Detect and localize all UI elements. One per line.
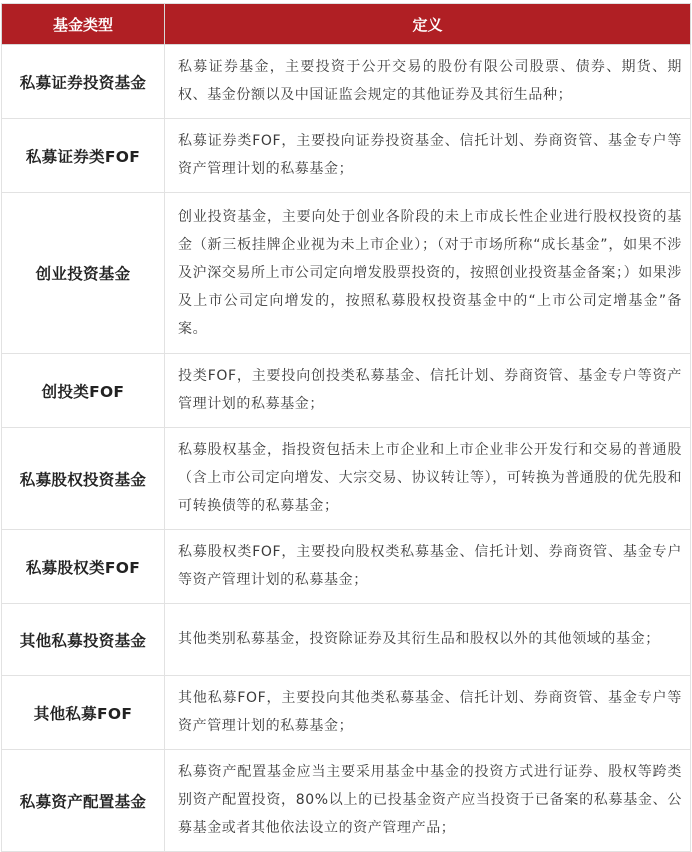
- definition-cell: 私募证券类FOF，主要投向证券投资基金、信托计划、券商资管、基金专户等资产管理计…: [165, 119, 691, 193]
- fund-type-cell: 私募证券类FOF: [2, 119, 165, 193]
- fund-type-cell: 创投类FOF: [2, 354, 165, 428]
- definition-cell: 投类FOF，主要投向创投类私募基金、信托计划、券商资管、基金专户等资产管理计划的…: [165, 354, 691, 428]
- fund-type-cell: 私募股权投资基金: [2, 428, 165, 530]
- table-row: 其他私募投资基金 其他类别私募基金，投资除证券及其衍生品和股权以外的其他领域的基…: [2, 604, 691, 676]
- fund-types-table-container: 基金类型 定义 私募证券投资基金 私募证券基金，主要投资于公开交易的股份有限公司…: [1, 3, 690, 840]
- fund-type-cell: 私募证券投资基金: [2, 45, 165, 119]
- fund-type-cell: 创业投资基金: [2, 193, 165, 354]
- fund-types-table: 基金类型 定义 私募证券投资基金 私募证券基金，主要投资于公开交易的股份有限公司…: [1, 3, 691, 840]
- table-row: 私募证券类FOF 私募证券类FOF，主要投向证券投资基金、信托计划、券商资管、基…: [2, 119, 691, 193]
- fund-type-cell: 私募资产配置基金: [2, 750, 165, 841]
- fund-type-cell: 私募股权类FOF: [2, 530, 165, 604]
- table-row: 创业投资基金 创业投资基金，主要向处于创业各阶段的未上市成长性企业进行股权投资的…: [2, 193, 691, 354]
- definition-cell: 其他私募FOF，主要投向其他类私募基金、信托计划、券商资管、基金专户等资产管理计…: [165, 676, 691, 750]
- table-row: 私募证券投资基金 私募证券基金，主要投资于公开交易的股份有限公司股票、债券、期货…: [2, 45, 691, 119]
- header-fund-type: 基金类型: [2, 4, 165, 45]
- table-header: 基金类型 定义: [2, 4, 691, 45]
- table-row: 私募股权类FOF 私募股权类FOF，主要投向股权类私募基金、信托计划、券商资管、…: [2, 530, 691, 604]
- table-row: 其他私募FOF 其他私募FOF，主要投向其他类私募基金、信托计划、券商资管、基金…: [2, 676, 691, 750]
- definition-cell: 私募资产配置基金应当主要采用基金中基金的投资方式进行证券、股权等跨类别资产配置投…: [165, 750, 691, 841]
- fund-type-cell: 其他私募FOF: [2, 676, 165, 750]
- header-row: 基金类型 定义: [2, 4, 691, 45]
- definition-cell: 创业投资基金，主要向处于创业各阶段的未上市成长性企业进行股权投资的基金（新三板挂…: [165, 193, 691, 354]
- definition-cell: 其他类别私募基金，投资除证券及其衍生品和股权以外的其他领域的基金；: [165, 604, 691, 676]
- definition-cell: 私募证券基金，主要投资于公开交易的股份有限公司股票、债券、期货、期权、基金份额以…: [165, 45, 691, 119]
- table-row: 创投类FOF 投类FOF，主要投向创投类私募基金、信托计划、券商资管、基金专户等…: [2, 354, 691, 428]
- definition-cell: 私募股权基金，指投资包括未上市企业和上市企业非公开发行和交易的普通股（含上市公司…: [165, 428, 691, 530]
- table-body: 私募证券投资基金 私募证券基金，主要投资于公开交易的股份有限公司股票、债券、期货…: [2, 45, 691, 841]
- table-row: 私募股权投资基金 私募股权基金，指投资包括未上市企业和上市企业非公开发行和交易的…: [2, 428, 691, 530]
- header-definition: 定义: [165, 4, 691, 45]
- fund-type-cell: 其他私募投资基金: [2, 604, 165, 676]
- definition-cell: 私募股权类FOF，主要投向股权类私募基金、信托计划、券商资管、基金专户等资产管理…: [165, 530, 691, 604]
- table-row: 私募资产配置基金 私募资产配置基金应当主要采用基金中基金的投资方式进行证券、股权…: [2, 750, 691, 841]
